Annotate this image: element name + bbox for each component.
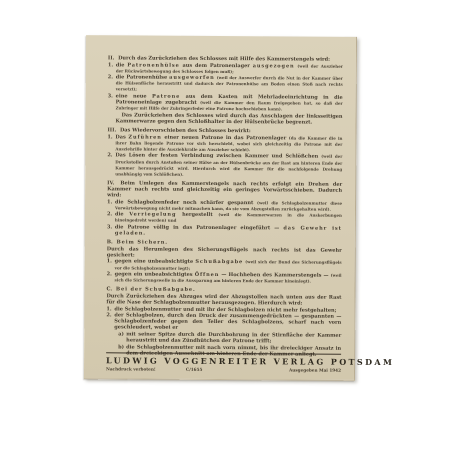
list-label: 2.	[108, 75, 116, 93]
footer-rule	[106, 352, 341, 354]
text-block-item: 2.die Patronenhülse ausgeworfen (weil de…	[108, 75, 343, 95]
text-block-item: 2.die Verriegelung hergestellt (weil die…	[107, 212, 342, 226]
list-label: 2.	[107, 271, 115, 283]
text-block-cont: Das Zurückziehen des Schlosses wird durc…	[108, 112, 343, 126]
list-item-text: Das Zuführen einer neuen Patrone in das …	[115, 134, 342, 154]
text-block-item: 1.gegen eine unbeabsichtigte Schußabgabe…	[107, 259, 342, 273]
text-segment: Beim Umlegen des Kammerstengels nach rec…	[107, 180, 342, 198]
list-item-text: Das Lösen der festen Verbindung zwischen…	[115, 153, 342, 179]
text-block-item: 2.Das Lösen der festen Verbindung zwisch…	[107, 153, 342, 179]
list-label: 1.	[108, 62, 116, 74]
list-item-text: mit seiner Spitze durch die Durchbohrung…	[126, 331, 341, 345]
text-segment: Bei der Schußabgabe.	[116, 287, 196, 293]
publisher-line: LUDWIG VOGGENREITER VERLAG POTSDAM	[106, 355, 341, 366]
text-block-item: 2.der Schlagbolzen, durch den Druck der …	[106, 312, 341, 332]
imprint-right: Ausgegeben Mai 1942	[289, 367, 341, 372]
document-footer: LUDWIG VOGGENREITER VERLAG POTSDAM Nachd…	[106, 352, 341, 373]
imprint-left: Nachdruck verboten!	[106, 366, 156, 371]
list-label: 1.	[107, 134, 115, 152]
list-label: 1.	[106, 306, 114, 312]
text-block-item: 2.gegen ein unbeabsichtigtes Öffnen — Ho…	[107, 271, 342, 285]
list-label: 3.	[108, 93, 116, 111]
text-block-item: 1.Das Zuführen einer neuen Patrone in da…	[107, 134, 342, 154]
text-segment: Durch das Herumlegen des Sicherungsflüge…	[107, 246, 342, 258]
text-segment: ausgezogen	[253, 63, 295, 69]
section-label: III.	[107, 127, 118, 133]
text-segment: Beim Sichern.	[116, 239, 167, 245]
list-label: 3.	[107, 224, 115, 236]
list-item-text: die Verriegelung hergestellt (weil die K…	[115, 212, 342, 226]
text-block-para: Durch Zurückziehen des Abzuges wird der …	[106, 293, 341, 307]
document-paper: II. Durch das Zurückziehen des Schlosses…	[84, 35, 357, 381]
section-label: B.	[107, 239, 115, 245]
list-item-text: die Patrone völlig in das Patronenlager …	[115, 224, 342, 238]
list-label: 2.	[106, 312, 114, 330]
section-label: II.	[108, 55, 116, 61]
text-segment: Schußabgabe	[195, 259, 243, 265]
list-label: a)	[118, 331, 126, 343]
text-segment: Das Zurückziehen des Schlosses wird durc…	[116, 112, 343, 125]
text-block-item: 3.die Patrone völlig in das Patronenlage…	[107, 224, 342, 238]
list-item-text: die Patronenhülse ausgeworfen (weil der …	[116, 75, 343, 95]
list-item-text: der Schlagbolzen, durch den Druck der zu…	[114, 313, 341, 333]
scanned-page-background: { "document": { "paper_color": "#d7cdb4"…	[0, 0, 450, 450]
list-label: 2.	[107, 212, 115, 224]
text-segment: mit seiner Spitze durch die Durchbohrung…	[126, 331, 341, 344]
text-segment: hergestellt	[176, 212, 218, 218]
imprint-row: Nachdruck verboten! C/1655 Ausgegeben Ma…	[106, 366, 341, 372]
text-segment: Durch Zurückziehen des Abzuges wird der …	[106, 293, 341, 306]
imprint-center: C/1655	[186, 367, 203, 372]
list-item-text: eine neue Patrone aus dem Kasten mit Meh…	[116, 93, 343, 113]
section-label: C.	[106, 287, 113, 293]
list-item-text: die Schlagbolzenfeder noch schärfer gesp…	[115, 199, 342, 213]
text-block-item: 1.die Patronenhülse aus dem Patronenlage…	[108, 62, 343, 76]
list-label: 2.	[107, 153, 115, 177]
text-block-h: IV. Beim Umlegen des Kammerstengels nach…	[107, 180, 342, 200]
text-block-item: 1.die Schlagbolzenfeder noch schärfer ge…	[107, 199, 342, 213]
list-label: 1.	[107, 199, 115, 211]
list-item-text: gegen ein unbeabsichtigtes Öffnen — Hoch…	[115, 271, 342, 285]
text-block-item: 3.eine neue Patrone aus dem Kasten mit M…	[108, 93, 343, 113]
list-item-text: gegen eine unbeabsichtigte Schußabgabe (…	[115, 259, 342, 273]
text-block-sub: a)mit seiner Spitze durch die Durchbohru…	[106, 331, 341, 345]
text-segment: der Schlagbolzen, durch den Druck der zu…	[114, 313, 341, 332]
document-text: II. Durch das Zurückziehen des Schlosses…	[106, 55, 343, 358]
list-item-text: die Patronenhülse aus dem Patronenlager …	[116, 62, 343, 76]
text-block-para: Durch das Herumlegen des Sicherungsflüge…	[107, 246, 342, 260]
list-label: 1.	[107, 259, 115, 271]
